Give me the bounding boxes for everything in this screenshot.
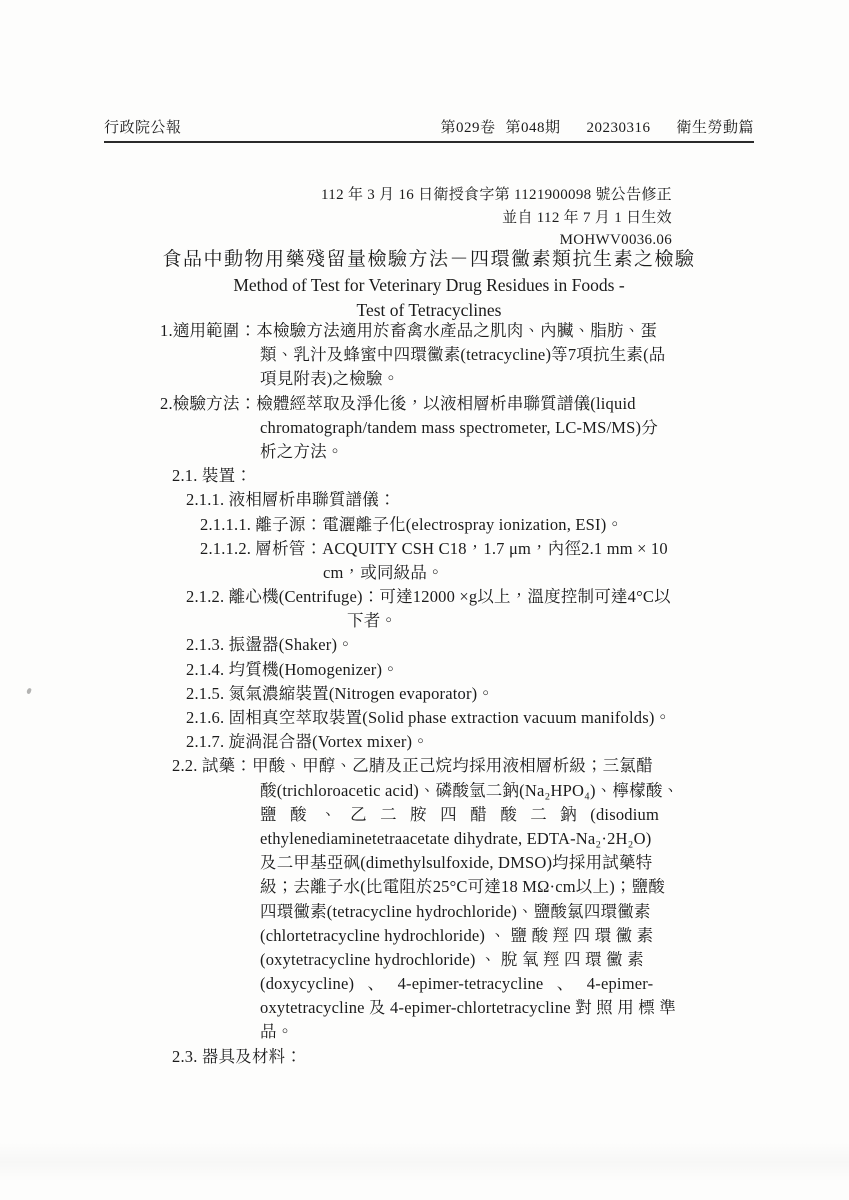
doc-line: (doxycycline) 、 4-epimer-tetracycline 、 … bbox=[0, 972, 849, 996]
doc-line: 2.1.1.2. 層析管：ACQUITY CSH C18，1.7 μm，內徑2.… bbox=[0, 537, 849, 561]
doc-line: 鹽 酸 、 乙 二 胺 四 醋 酸 二 鈉 (disodium bbox=[0, 803, 849, 827]
header-issue: 第048期 bbox=[505, 119, 560, 138]
doc-line: oxytetracycline 及 4-epimer-chlortetracyc… bbox=[0, 996, 849, 1020]
doc-line: ethylenediaminetetraacetate dihydrate, E… bbox=[0, 827, 849, 851]
notice-line-announcement: 112 年 3 月 16 日衛授食字第 1121900098 號公告修正 bbox=[321, 184, 672, 207]
method-title-en-line1: Method of Test for Veterinary Drug Resid… bbox=[104, 273, 754, 298]
doc-line: 類、乳汁及蜂蜜中四環黴素(tetracycline)等7項抗生素(品 bbox=[0, 343, 849, 367]
doc-line: 酸(trichloroacetic acid)、磷酸氫二鈉(Na₂HPO₄)、檸… bbox=[0, 779, 849, 803]
document-body: 1.適用範圍：本檢驗方法適用於畜禽水產品之肌肉、內臟、脂肪、蛋類、乳汁及蜂蜜中四… bbox=[0, 319, 849, 1069]
notice-line-effective-date: 並自 112 年 7 月 1 日生效 bbox=[321, 207, 672, 230]
doc-line: 2.2. 試藥：甲酸、甲醇、乙腈及正己烷均採用液相層析級；三氯醋 bbox=[0, 754, 849, 778]
doc-line: 2.1.1. 液相層析串聯質譜儀： bbox=[0, 488, 849, 512]
doc-line: 2.1.3. 振盪器(Shaker)。 bbox=[0, 633, 849, 657]
doc-line: 2.3. 器具及材料： bbox=[0, 1045, 849, 1069]
method-title-zh: 食品中動物用藥殘留量檢驗方法－四環黴素類抗生素之檢驗 bbox=[104, 246, 754, 273]
amendment-notice: 112 年 3 月 16 日衛授食字第 1121900098 號公告修正 並自 … bbox=[321, 184, 672, 252]
doc-line: 2.檢驗方法：檢體經萃取及淨化後，以液相層析串聯質譜儀(liquid bbox=[0, 392, 849, 416]
doc-line: cm，或同級品。 bbox=[0, 561, 849, 585]
doc-line: chromatograph/tandem mass spectrometer, … bbox=[0, 416, 849, 440]
header-volume-issue: 第029卷 第048期 bbox=[440, 119, 560, 138]
doc-line: 2.1.6. 固相真空萃取裝置(Solid phase extraction v… bbox=[0, 706, 849, 730]
doc-line: 2.1. 裝置： bbox=[0, 464, 849, 488]
header-volume: 第029卷 bbox=[440, 119, 495, 138]
doc-line: 2.1.5. 氮氣濃縮裝置(Nitrogen evaporator)。 bbox=[0, 682, 849, 706]
doc-line: 品。 bbox=[0, 1020, 849, 1044]
doc-line: 析之方法。 bbox=[0, 440, 849, 464]
doc-line: 2.1.4. 均質機(Homogenizer)。 bbox=[0, 658, 849, 682]
doc-line: 項見附表)之檢驗。 bbox=[0, 367, 849, 391]
gazette-title: 行政院公報 bbox=[104, 119, 182, 138]
doc-line: (oxytetracycline hydrochloride) 、 脫 氧 羥 … bbox=[0, 948, 849, 972]
doc-line: 2.1.1.1. 離子源：電灑離子化(electrospray ionizati… bbox=[0, 513, 849, 537]
doc-line: 四環黴素(tetracycline hydrochloride)、鹽酸氯四環黴素 bbox=[0, 900, 849, 924]
header-section: 衛生勞動篇 bbox=[676, 119, 754, 138]
scan-artifact-band bbox=[0, 1142, 849, 1182]
doc-line: 2.1.2. 離心機(Centrifuge)：可達12000 ×g以上，溫度控制… bbox=[0, 585, 849, 609]
doc-line: 及二甲基亞砜(dimethylsulfoxide, DMSO)均採用試藥特 bbox=[0, 851, 849, 875]
doc-line: 2.1.7. 旋渦混合器(Vortex mixer)。 bbox=[0, 730, 849, 754]
doc-line: 級；去離子水(比電阻於25°C可達18 MΩ·cm以上)；鹽酸 bbox=[0, 875, 849, 899]
header-date: 20230316 bbox=[586, 119, 650, 138]
doc-line: (chlortetracycline hydrochloride) 、 鹽 酸 … bbox=[0, 924, 849, 948]
doc-line: 1.適用範圍：本檢驗方法適用於畜禽水產品之肌肉、內臟、脂肪、蛋 bbox=[0, 319, 849, 343]
header-meta: 第029卷 第048期 20230316 衛生勞動篇 bbox=[440, 119, 754, 138]
document-titles: 食品中動物用藥殘留量檢驗方法－四環黴素類抗生素之檢驗 Method of Tes… bbox=[104, 246, 754, 323]
page-header: 行政院公報 第029卷 第048期 20230316 衛生勞動篇 bbox=[104, 119, 754, 143]
gazette-page: 行政院公報 第029卷 第048期 20230316 衛生勞動篇 112 年 3… bbox=[0, 0, 849, 1200]
doc-line: 下者。 bbox=[0, 609, 849, 633]
